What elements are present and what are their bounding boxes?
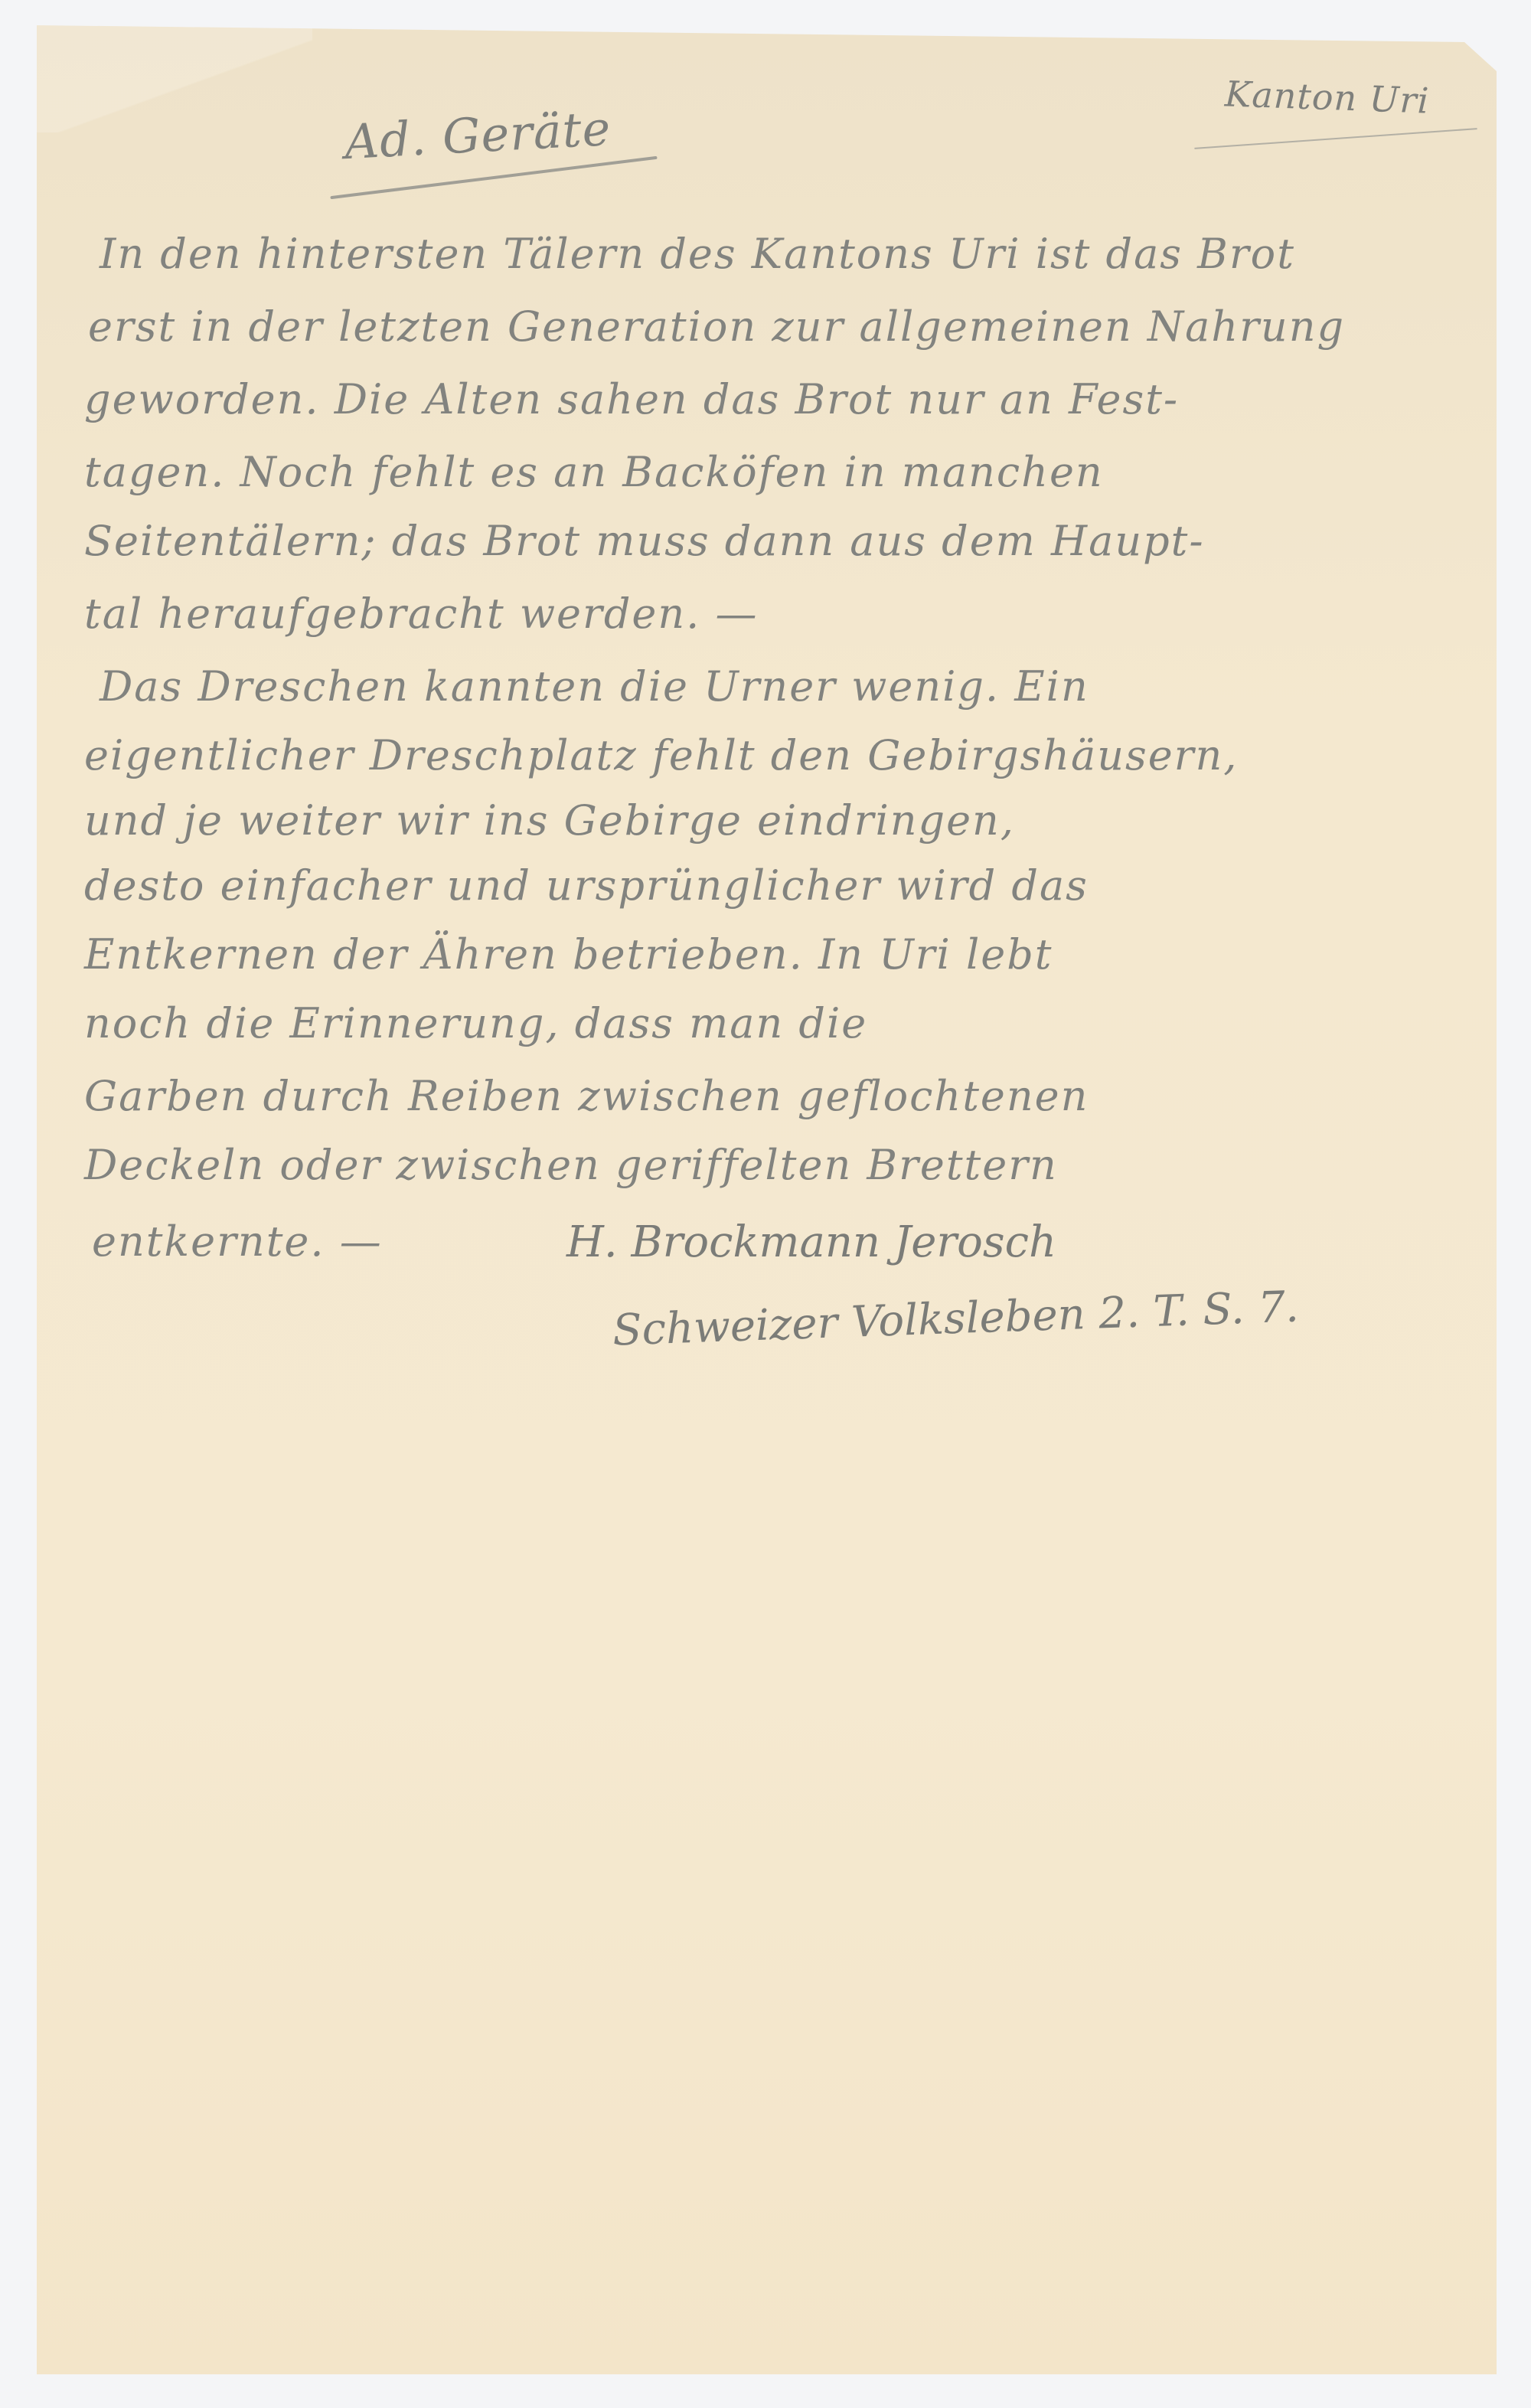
- text-line: tagen. Noch fehlt es an Backöfen in manc…: [84, 448, 1104, 496]
- manuscript-body: In den hintersten Tälern des Kantons Uri…: [0, 0, 1531, 2408]
- text-line: tal heraufgebracht werden. —: [84, 590, 758, 638]
- text-line: Garben durch Reiben zwischen geflochtene…: [84, 1072, 1089, 1120]
- text-line: entkernte. —: [92, 1217, 383, 1266]
- text-line: und je weiter wir ins Gebirge eindringen…: [84, 796, 1015, 845]
- text-line: Deckeln oder zwischen geriffelten Brette…: [84, 1141, 1058, 1189]
- text-line: Das Dreschen kannten die Urner wenig. Ei…: [100, 662, 1089, 711]
- text-line: eigentlicher Dreschplatz fehlt den Gebir…: [84, 731, 1238, 779]
- signature-author: H. Brockmann Jerosch: [566, 1217, 1056, 1267]
- signature-source: Schweizer Volksleben 2. T. S. 7.: [612, 1282, 1300, 1355]
- text-line: In den hintersten Tälern des Kantons Uri…: [100, 230, 1295, 278]
- text-line: Entkernen der Ähren betrieben. In Uri le…: [84, 930, 1053, 979]
- text-line: desto einfacher und ursprünglicher wird …: [84, 861, 1089, 910]
- text-line: Seitentälern; das Brot muss dann aus dem…: [84, 517, 1205, 565]
- text-line: erst in der letzten Generation zur allge…: [88, 302, 1345, 351]
- text-line: geworden. Die Alten sahen das Brot nur a…: [84, 375, 1179, 423]
- text-line: noch die Erinnerung, dass man die: [84, 999, 867, 1047]
